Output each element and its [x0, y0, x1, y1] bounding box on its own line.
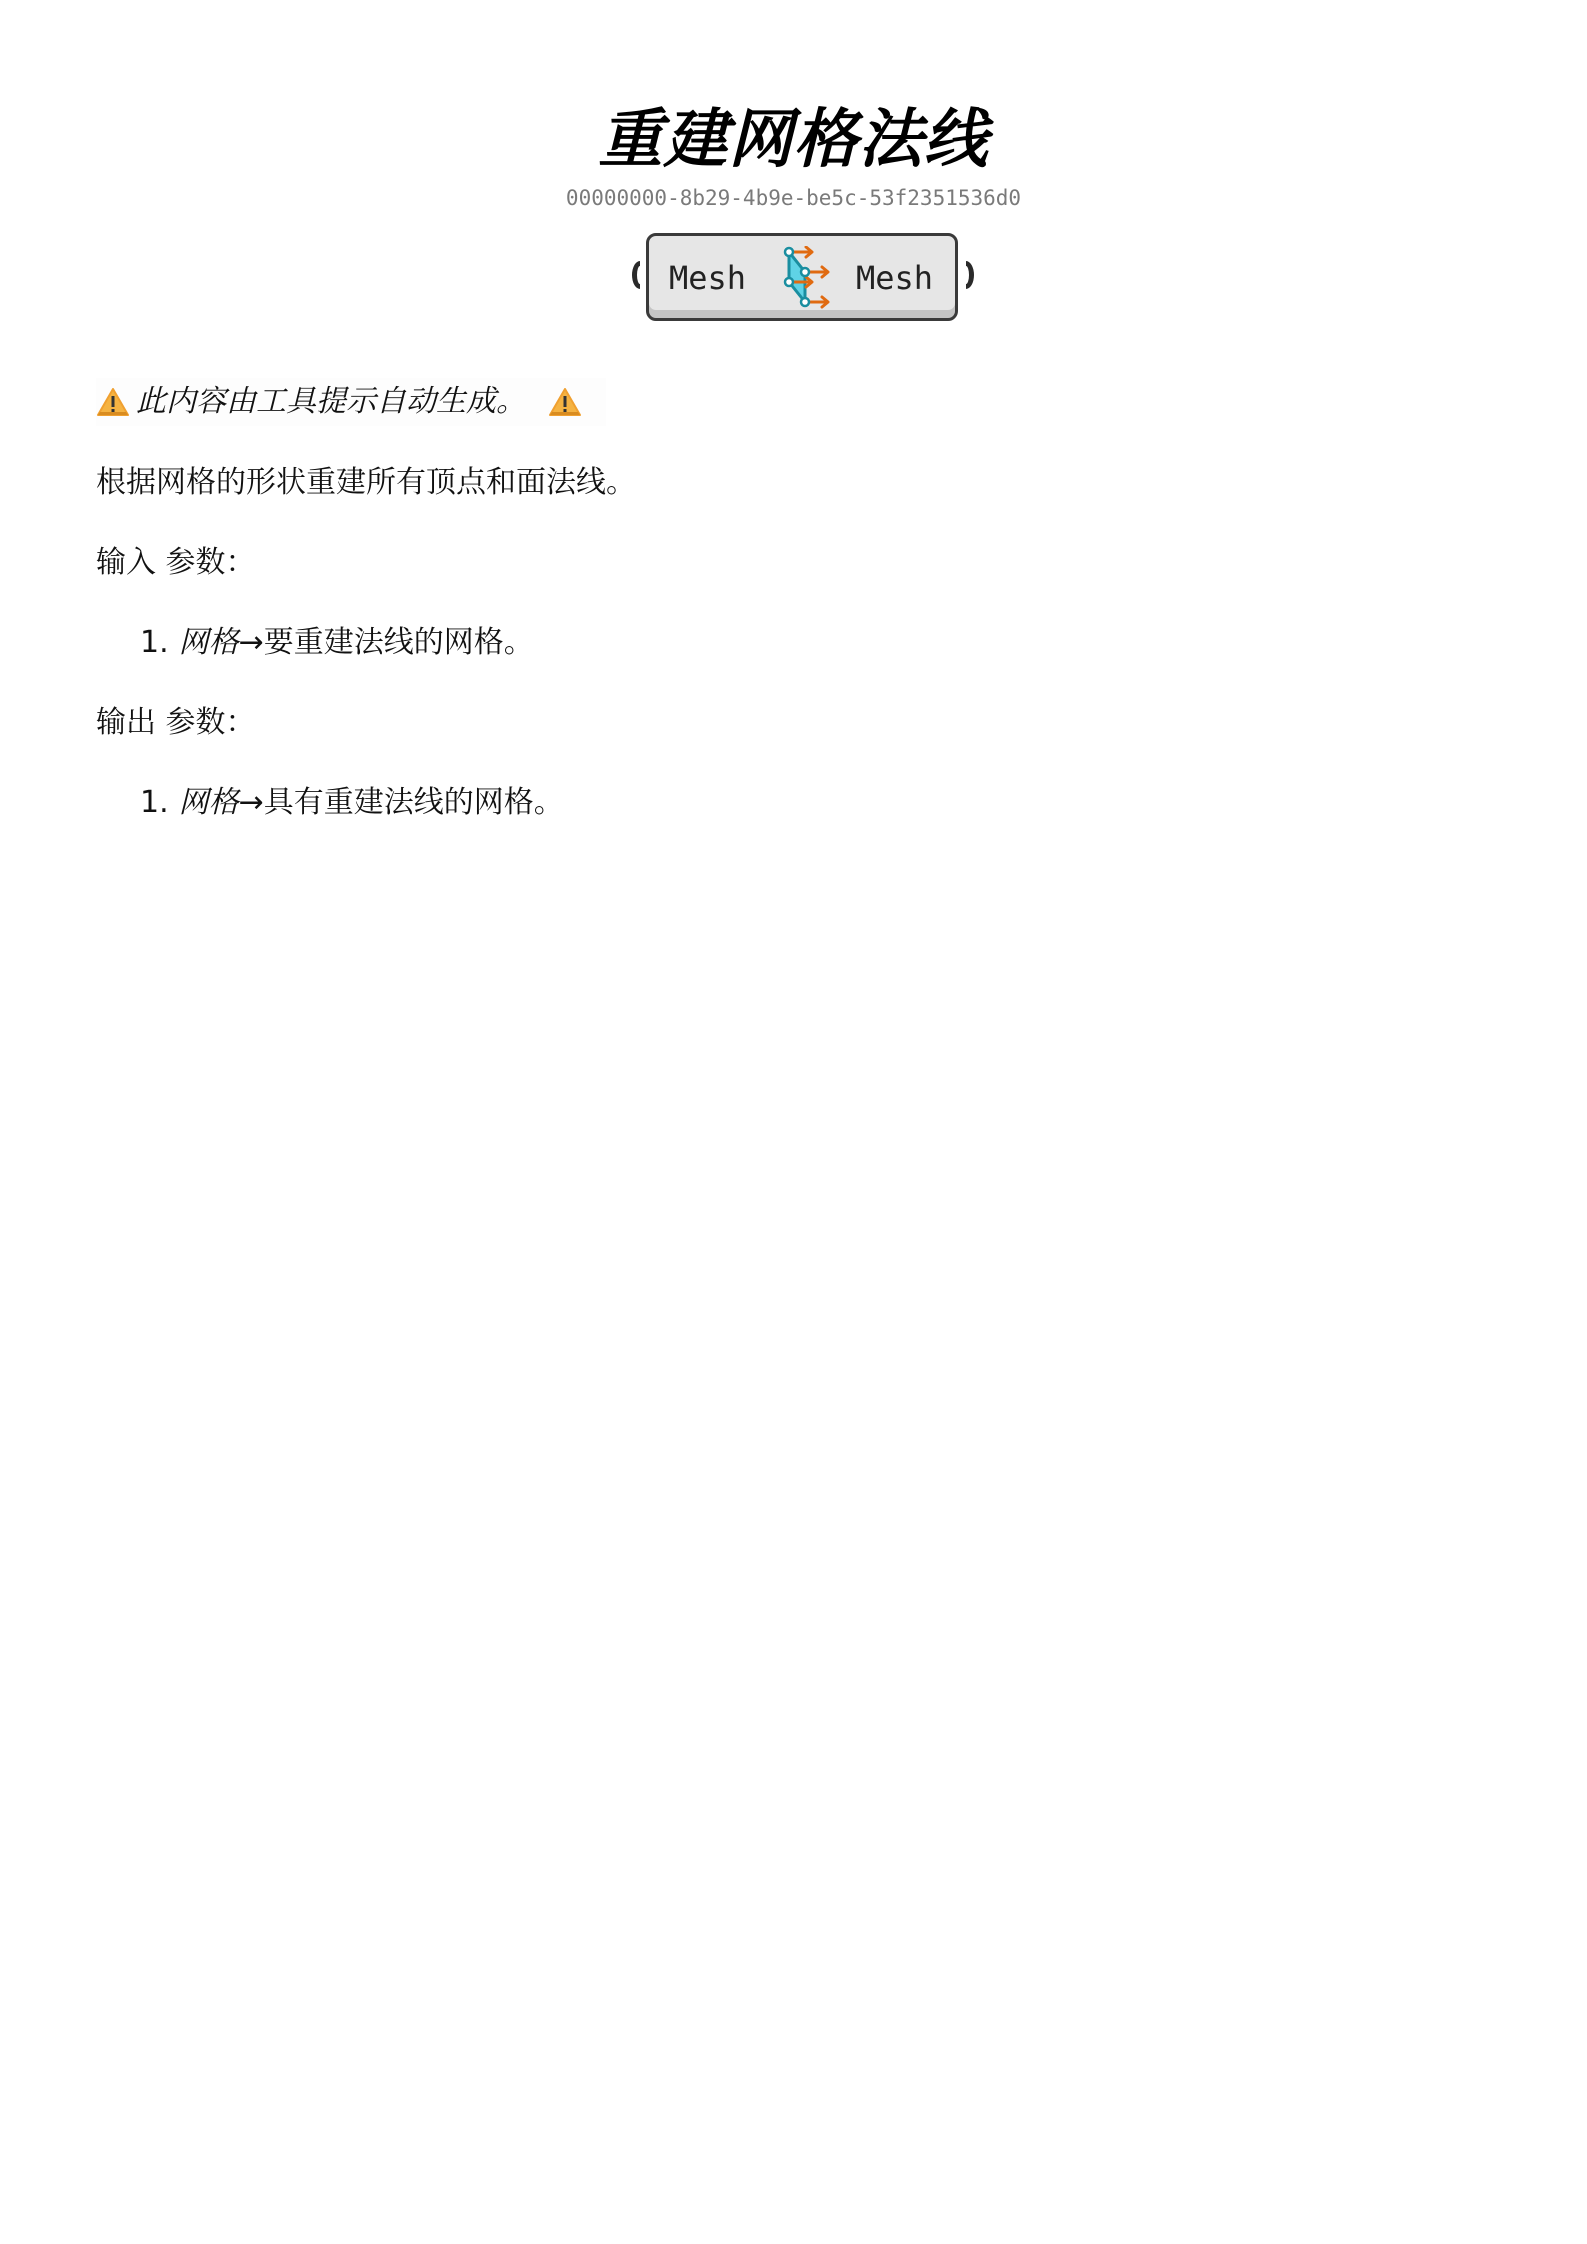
warning-icon — [548, 387, 582, 417]
param-name: 网格 — [179, 625, 239, 660]
component-body: Mesh Mesh — [646, 233, 958, 321]
rebuild-mesh-normals-icon — [781, 246, 841, 312]
list-item: 1.网格→要重建法线的网格。 — [140, 621, 534, 665]
arrow: → — [239, 625, 264, 660]
output-grip[interactable] — [958, 261, 974, 289]
arrow: → — [239, 785, 264, 820]
component-guid: 00000000-8b29-4b9e-be5c-53f2351536d0 — [0, 185, 1587, 211]
component-description: 根据网格的形状重建所有顶点和面法线。 — [96, 461, 636, 505]
param-desc: 具有重建法线的网格。 — [264, 785, 564, 820]
param-name: 网格 — [179, 785, 239, 820]
grasshopper-component: Mesh Mesh — [646, 233, 960, 323]
inputs-heading: 输入 参数： — [96, 541, 256, 585]
outputs-list: 1.网格→具有重建法线的网格。 — [140, 781, 564, 825]
warning-icon — [96, 387, 130, 417]
page-title: 重建网格法线 — [0, 100, 1587, 180]
warning-text: 此内容由工具提示自动生成。 — [136, 378, 526, 426]
inputs-list: 1.网格→要重建法线的网格。 — [140, 621, 534, 665]
input-port-label: Mesh — [669, 258, 746, 298]
auto-generated-warning: 此内容由工具提示自动生成。 — [96, 378, 606, 426]
outputs-heading: 输出 参数： — [96, 701, 256, 745]
param-desc: 要重建法线的网格。 — [264, 625, 534, 660]
output-port-label: Mesh — [856, 258, 933, 298]
list-item: 1.网格→具有重建法线的网格。 — [140, 781, 564, 825]
